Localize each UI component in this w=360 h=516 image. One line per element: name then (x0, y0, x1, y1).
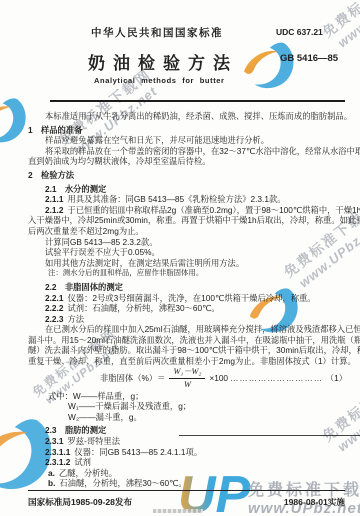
body-line: 直到奶油成为均匀糊状液体，冷却至室温后待检。 (28, 156, 347, 167)
footer-issued-date: 国家标准局1985-09-28发布 (28, 496, 132, 508)
clause-line: 2.1.2于已恒重的铝皿中称取样品2g（准确至0.2mg），置于98～100℃烘… (28, 205, 347, 216)
body-line: 试验平行误差不应大于0.05%。 (28, 247, 347, 258)
body-line: 将采取的样品放在一个带盖的密闭的容器中，在32～37℃水浴中溶化，经常从水浴中取… (28, 146, 347, 157)
variable-definition: W₂——漏斗重，g。 (28, 412, 347, 423)
scan-artifact-mark (153, 509, 203, 513)
footer-rule (28, 490, 345, 491)
section-heading: 1 样品的准备 (28, 125, 347, 136)
formula-denominator: W (169, 379, 205, 391)
document-body: 本标准适用于从牛乳分离出的稀奶油，经杀菌、成熟、搅拌、压炼而成的脂肪制品。 1 … (28, 111, 347, 489)
body-line: 醚）洗去漏斗内外壁的脂肪。取出漏斗于98～100℃烘干箱中烘干，30min后取出… (28, 345, 347, 356)
upbz-logo-icon (0, 90, 30, 148)
formula-fraction: W₁－W₂ W (169, 367, 205, 391)
body-line: 如用其他方法测定时，在测定结果后需注明所用方法。 (28, 258, 347, 269)
footer-implemented-date: 1986-08-01实施 (284, 496, 345, 508)
body-line: 样品应避免暴露在空气和日光下，并尽可能迅速地进行分析。 (28, 135, 347, 146)
formula-dot-leader: …………………………………………… (230, 373, 324, 384)
formula-lhs: 非脂固体（%）＝ (100, 373, 165, 384)
standard-code: GB 5416—85 (280, 53, 338, 64)
subsection-heading: 2.1 水分的测定 (28, 184, 347, 195)
scope-paragraph: 本标准适用于从牛乳分离出的稀奶油，经杀菌、成熟、搅拌、压炼而成的脂肪制品。 (28, 111, 347, 122)
formula-multiplier: ×100 (209, 373, 228, 384)
formula-number: （1） (326, 373, 347, 384)
list-item: a.乙醚，分析纯。 (28, 468, 347, 479)
clause-line: 2.3.1罗兹-哥特里法 (28, 436, 347, 447)
clause-line: 2.2.1仪器：2号或3号细菌漏斗，洗净，在100℃烘箱干燥后冷却，称重。 (28, 293, 347, 304)
clause-line: 2.2.2试剂：石油醚，分析纯，沸程30～60℃。 (28, 303, 347, 314)
upbz-logo-icon (238, 34, 298, 94)
variable-definition: W₁——干燥后漏斗及残渣重，g； (28, 401, 347, 412)
scanned-standard-page: UP 免费标准下载网 www.UPbz.net 免费标准下载网 www.UPbz… (0, 0, 360, 516)
udc-number: UDC 637.21 (276, 27, 323, 37)
body-line: 在已测水分后的样皿中加入25ml石油醚，用玻璃棒充分搅拌，将溶液及残渣都移入已恒… (28, 324, 347, 335)
body-line: 入干燥器中，冷却25min或30min，称重。再置于烘箱中干燥1h后取出，冷却，… (28, 215, 347, 226)
header-rule (50, 100, 345, 102)
body-line: 后两次重量差不超过2mg为止。 (28, 226, 347, 237)
body-line: 重复干燥、冷却、称重，直至前后两次重量相差小于2mg为止。非脂固体按式（1）计算… (28, 356, 347, 367)
clause-line: 2.1.1用具及其准备：同GB 5413—85《乳粉检验方法》2.3.1款。 (28, 194, 347, 205)
body-line: 漏斗中。用15～20ml石油醚洗涤皿数次，洗液也并入漏斗中，在吸滤瓶中抽干，用洗… (28, 335, 347, 346)
formula-nonfat-solids: 非脂固体（%）＝ W₁－W₂ W ×100 …………………………………………… … (28, 367, 347, 391)
clause-line: 2.3.1.1仪器：同GB 5413—85 2.4.1.1项。 (28, 447, 347, 458)
formula-numerator: W₁－W₂ (169, 367, 205, 380)
variable-definition: 式中：W——样品重，g； (28, 391, 347, 402)
national-standard-label: 中华人民共和国国家标准 (91, 25, 223, 40)
clause-line: 2.3.1.2试剂 (28, 457, 347, 468)
note-line: 注：测水分后的皿和样品，应留作非脂固体用。 (28, 268, 347, 279)
list-item: b.石油醚，分析纯，沸程30～60℃。 (28, 478, 347, 489)
page-title: 奶油检验方法 (88, 49, 238, 74)
section-heading: 2 检验方法 (28, 170, 347, 181)
scan-artifact-line (179, 435, 360, 436)
subsection-heading: 2.2 非脂固体的测定 (28, 282, 347, 293)
english-title: Analytical methods for butter (94, 76, 225, 85)
body-line: 计算同GB 5413—85 2.3.2款。 (28, 237, 347, 248)
clause-line: 2.2.3方法 (28, 314, 347, 325)
